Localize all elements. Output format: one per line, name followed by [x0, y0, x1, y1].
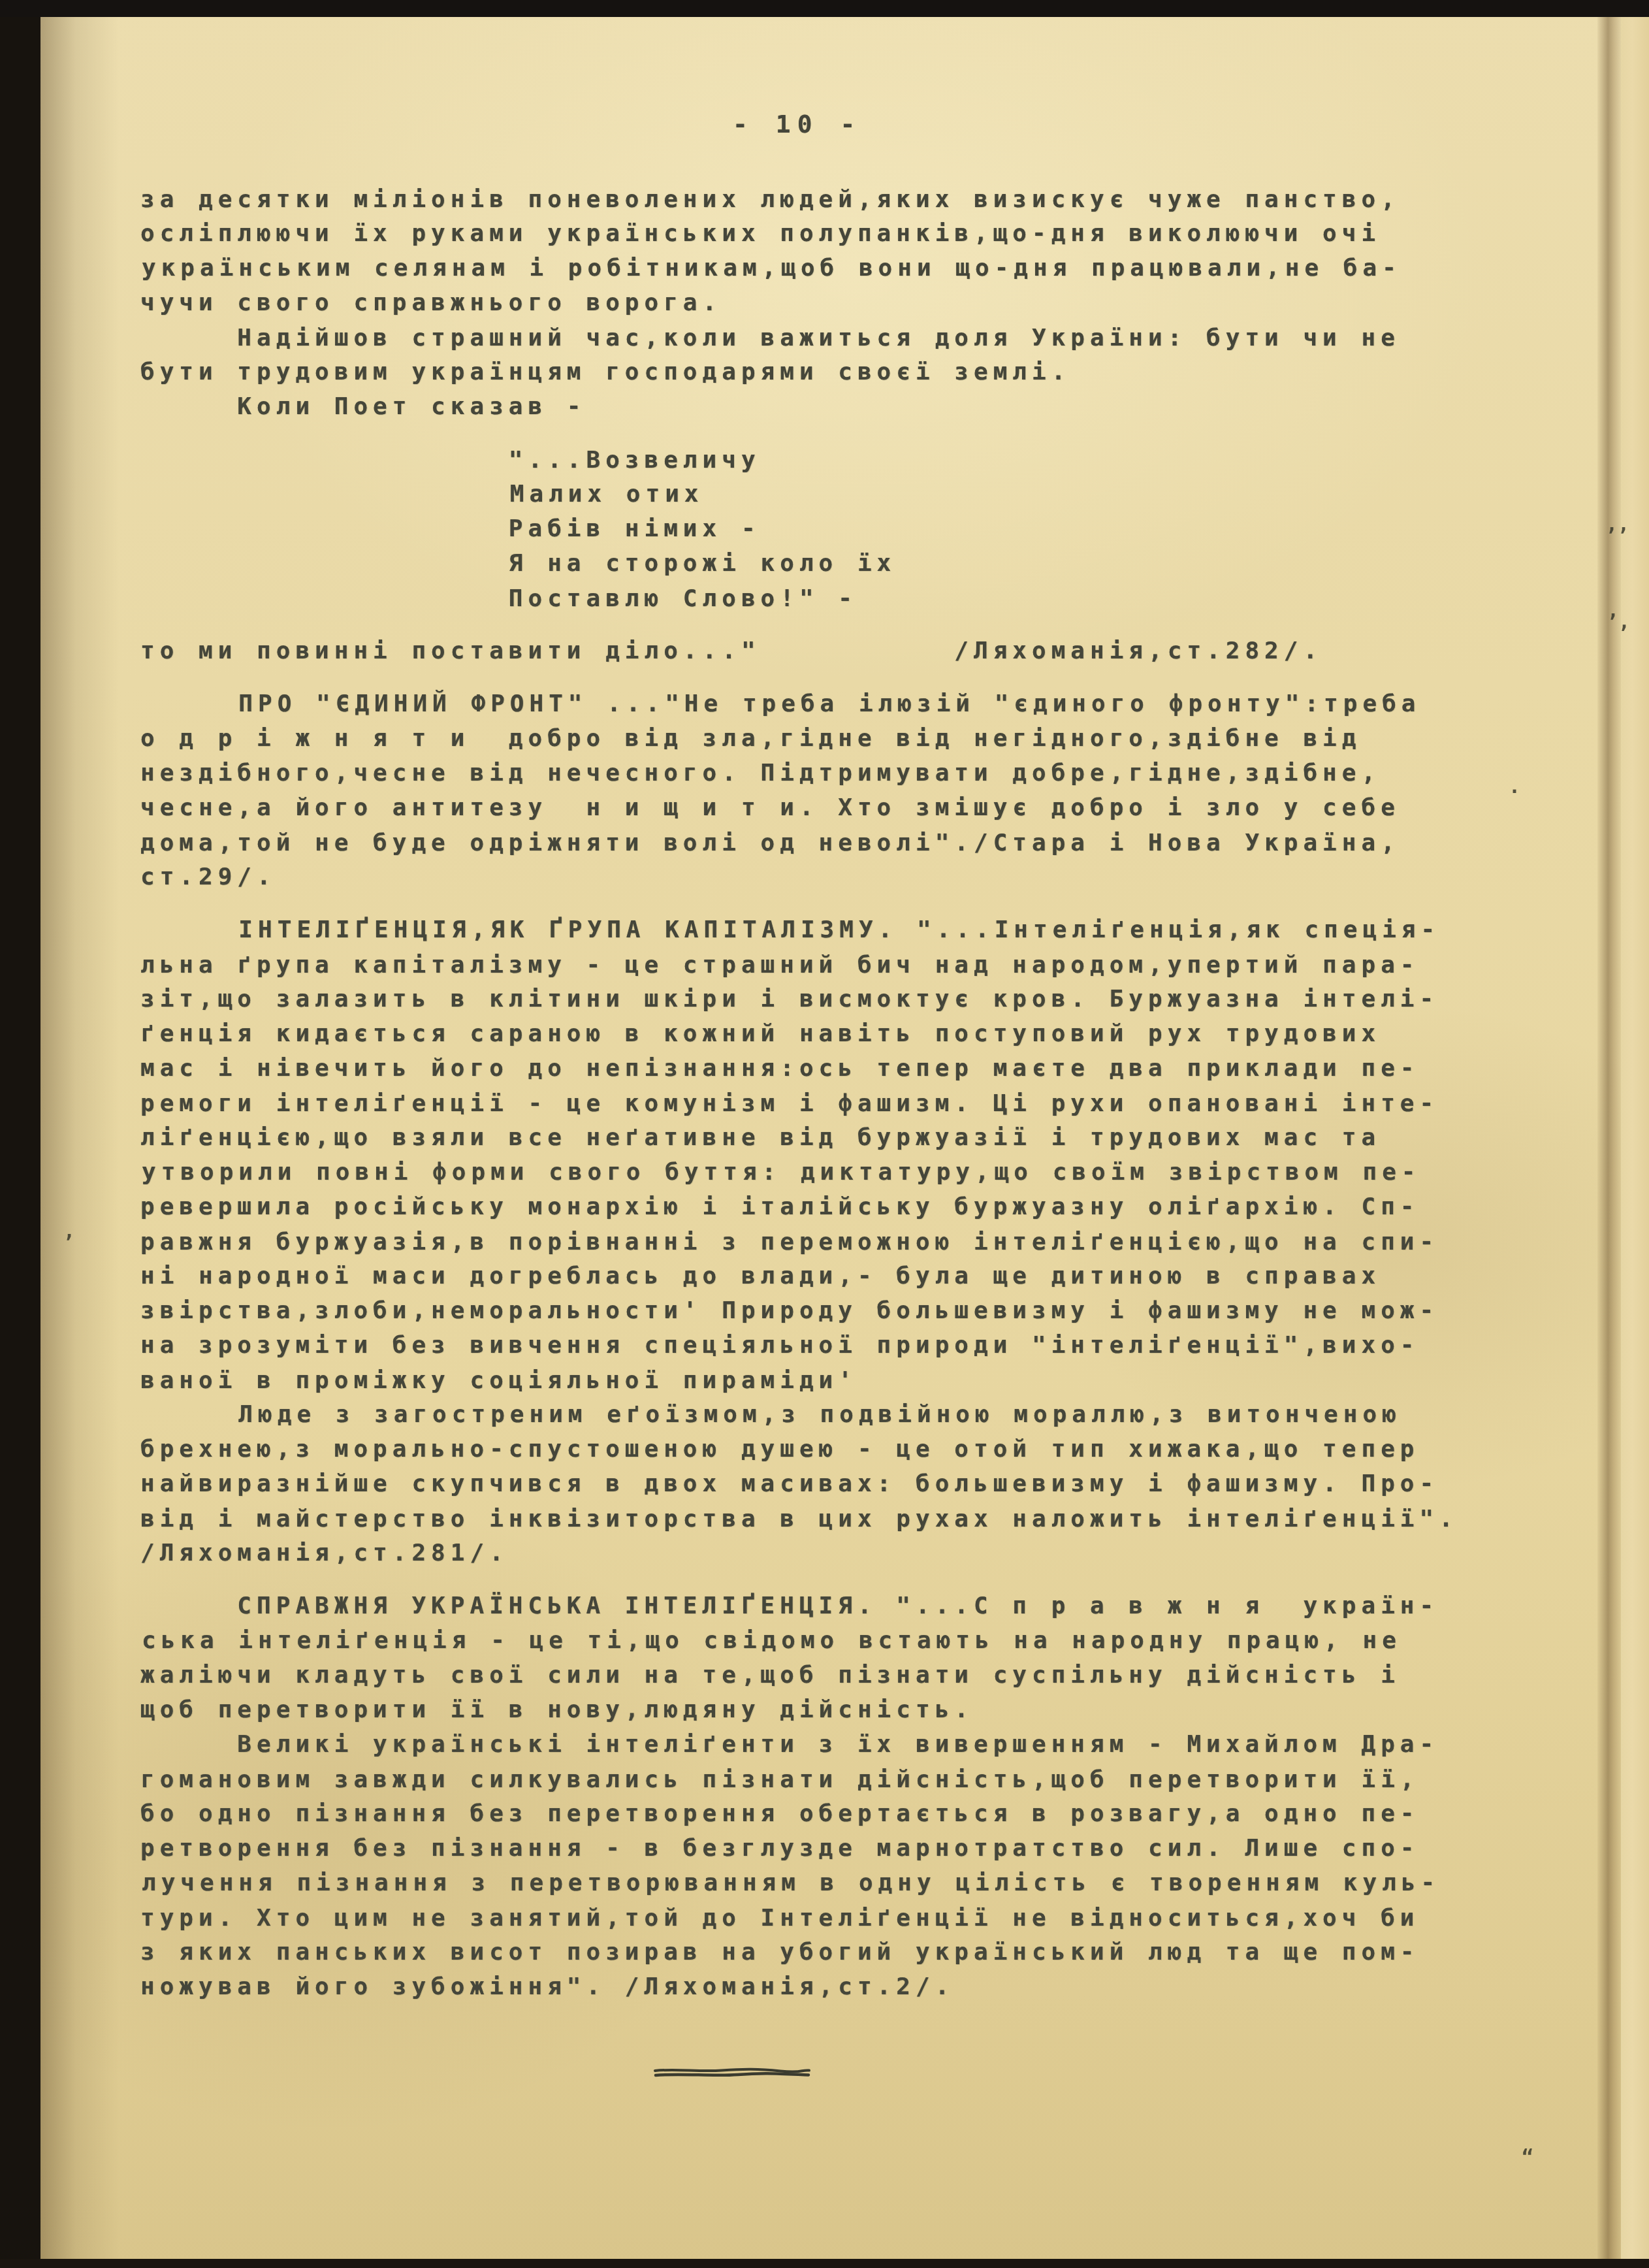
text-line: Я на сторожі коло їх [140, 546, 1518, 581]
text-line: утворили повні форми свого буття: диктат… [142, 1155, 1520, 1190]
text-line: бути трудовим українцям господарями своє… [140, 355, 1518, 389]
typewritten-text: за десятки міліонів поневолених людей,як… [140, 182, 1518, 2004]
text-line: "...Возвеличу [140, 443, 1518, 478]
text-line: о д р і ж н я т и добро від зла,гідне ві… [140, 721, 1518, 756]
text-line: бо одно пізнання без перетворення оберта… [140, 1796, 1518, 1831]
text-line: Надійшов страшний час,коли важиться доля… [140, 321, 1518, 355]
text-line: /Ляхоманія,ст.281/. [140, 1536, 1518, 1570]
scanned-page: - 10 - за десятки міліонів поневолених л… [0, 0, 1649, 2268]
ink-speck: ’, [1607, 613, 1630, 632]
next-page-edge [1621, 13, 1649, 2268]
text-line: ПРО "ЄДИНИЙ ФРОНТ" ..."Не треба ілюзій "… [142, 687, 1520, 721]
text-line: ська інтеліґенція - це ті,що свідомо вст… [142, 1623, 1520, 1658]
text-line: СПРАВЖНЯ УКРАЇНСЬКА ІНТЕЛІҐЕНЦІЯ. "...С … [140, 1589, 1518, 1623]
scan-edge-left [0, 0, 40, 2268]
text-line: Великі українські інтеліґенти з їх вивер… [140, 1727, 1518, 1762]
text-line: ваної в проміжку соціяльної пираміди' [140, 1363, 1518, 1398]
ink-speck: ’ [63, 1233, 74, 1253]
text-line: осліплюючи їх руками українських полупан… [140, 216, 1518, 251]
section-divider [653, 2066, 811, 2081]
text-line: ревершила російську монархію і італійськ… [140, 1190, 1518, 1224]
text-line: ґенція кидається сараною в кожний навіть… [140, 1016, 1518, 1051]
text-line [140, 424, 1518, 442]
text-line: ліґенцією,що взяли все неґативне від бур… [140, 1120, 1518, 1155]
text-line: гомановим завжди силкувались пізнати дій… [140, 1762, 1518, 1797]
scan-edge-bottom [0, 2259, 1649, 2268]
text-line: ІНТЕЛІҐЕНЦІЯ,ЯК ҐРУПА КАПІТАЛІЗМУ. "...І… [142, 913, 1520, 947]
text-line: мас і нівечить його до непізнання:ось те… [140, 1051, 1518, 1086]
text-line: тури. Хто цим не занятий,той до Інтеліґе… [140, 1901, 1518, 1936]
text-line: нездібного,чесне від нечесного. Підтриму… [140, 756, 1518, 790]
text-line: равжня буржуазія,в порівнанні з переможн… [140, 1225, 1518, 1259]
text-line: на зрозуміти без вивчення спеціяльної пр… [140, 1328, 1518, 1363]
text-line: льна ґрупа капіталізму - це страшний бич… [140, 948, 1518, 982]
text-line: від і майстерство інквізиторства в цих р… [140, 1502, 1518, 1536]
text-line: з яких панських висот позирав на убогий … [140, 1935, 1518, 1969]
text-line: ретворення без пізнання - в безглузде ма… [140, 1831, 1518, 1866]
text-line: Рабів німих - [140, 511, 1518, 546]
text-line: жаліючи кладуть свої сили на те,щоб пізн… [140, 1658, 1518, 1693]
text-line: ст.29/. [140, 860, 1518, 894]
text-line: Коли Поет сказав - [140, 389, 1518, 424]
scan-edge-top [0, 0, 1649, 17]
ink-speck: “ [1522, 2148, 1533, 2167]
text-line: ножував його зубожіння". /Ляхоманія,ст.2… [140, 1969, 1518, 2004]
text-line: брехнею,з морально-спустошеною душею - ц… [140, 1432, 1518, 1466]
text-line: дома,той не буде одріжняти волі од невол… [140, 826, 1518, 860]
text-line: найвиразнійше скупчився в двох масивах: … [140, 1466, 1518, 1501]
text-line: лучення пізнання з перетворюванням в одн… [142, 1866, 1520, 1900]
text-line: чесне,а його антитезу н и щ и т и. Хто з… [140, 790, 1518, 825]
text-line: ні народної маси догреблась до влади,- б… [140, 1259, 1518, 1293]
ink-speck: · [1509, 783, 1520, 802]
ink-speck: ’’ [1605, 526, 1629, 546]
text-line [140, 668, 1518, 687]
text-line: щоб перетворити її в нову,людяну дійсніс… [140, 1693, 1518, 1727]
text-line [140, 615, 1518, 634]
text-line: Поставлю Слово!" - [140, 581, 1518, 616]
text-line: Люде з загостреним еґоїзмом,з подвійною … [142, 1397, 1520, 1432]
text-line: то ми повинні поставити діло..." /Ляхома… [140, 634, 1518, 668]
page-edge-shadow [1597, 13, 1621, 2268]
page-number: - 10 - [733, 110, 861, 138]
text-line: чучи свого справжнього ворога. [140, 285, 1518, 320]
text-line [140, 1570, 1518, 1589]
text-line: Малих отих [142, 477, 1520, 511]
text-line: за десятки міліонів поневолених людей,як… [140, 182, 1518, 217]
text-line: українським селянам і робітникам,щоб вон… [142, 251, 1520, 285]
text-line: зіт,що залазить в клітини шкіри і висмок… [140, 982, 1518, 1016]
gutter-shadow [40, 0, 119, 2268]
text-line [140, 894, 1518, 913]
text-line: звірства,злоби,неморальности' Природу бо… [140, 1293, 1518, 1328]
text-line: ремоги інтеліґенції - це комунізм і фаши… [140, 1086, 1518, 1121]
